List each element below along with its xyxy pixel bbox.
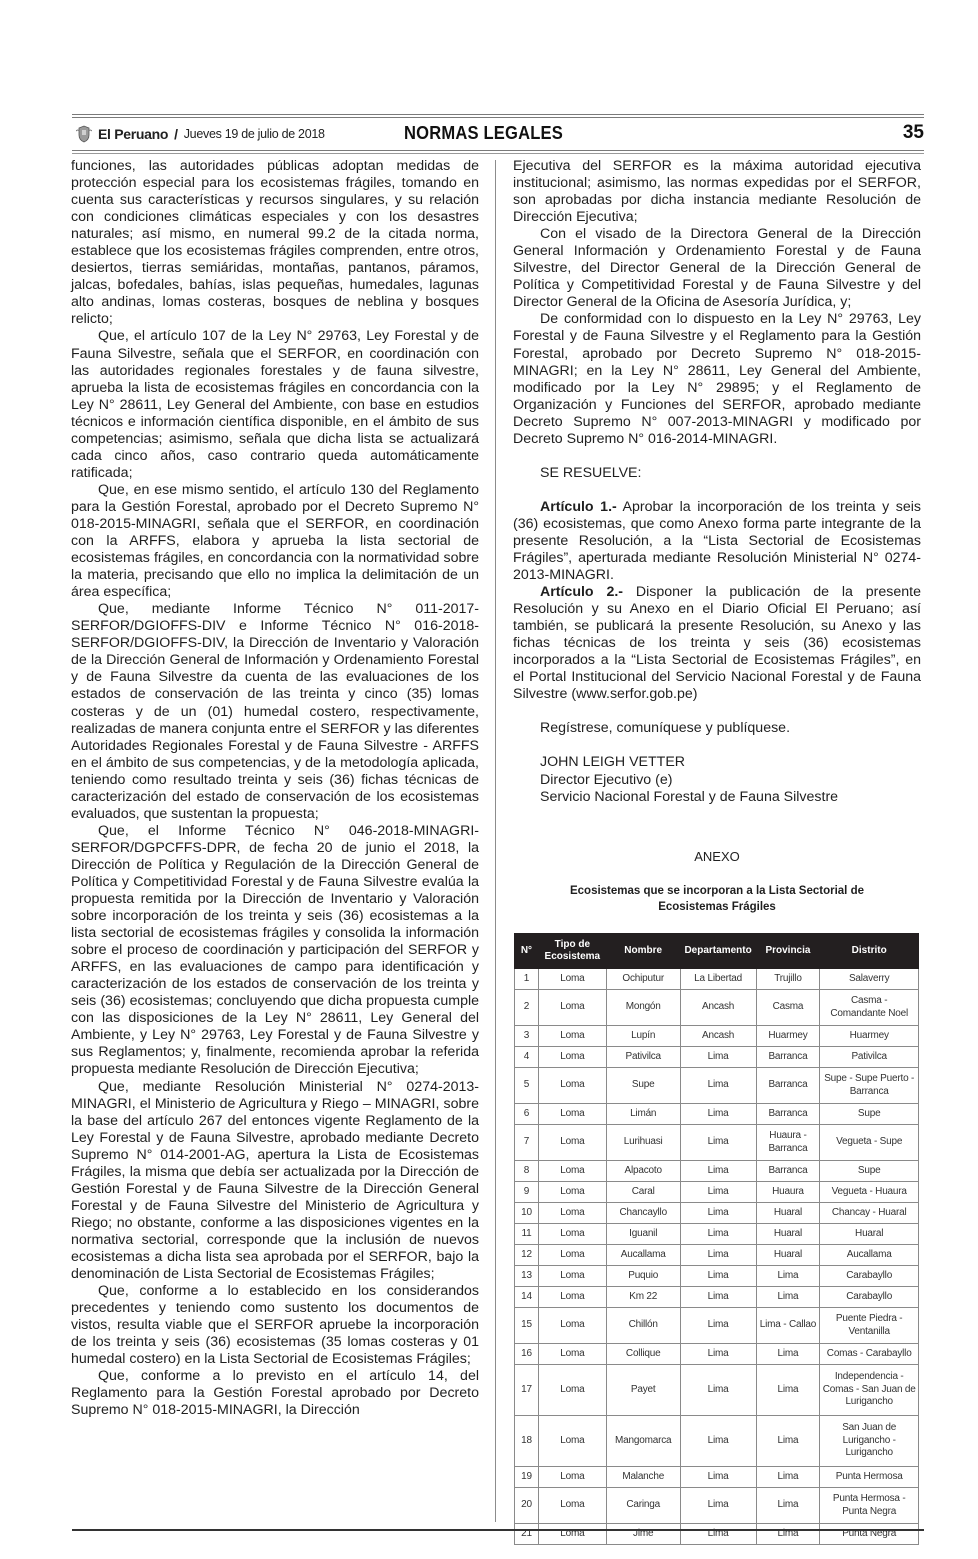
cell-number: 15 [515,1308,539,1344]
cell-district: Puente Piedra - Ventanilla [820,1308,919,1344]
cell-type: Loma [538,1467,606,1488]
column-header-province: Provincia [756,934,820,969]
paragraph: funciones, las autoridades públicas adop… [71,158,479,328]
cell-number: 1 [515,969,539,990]
cell-district: Comas - Carabayllo [820,1344,919,1365]
cell-district: Supe [820,1104,919,1125]
cell-number: 6 [515,1104,539,1125]
cell-department: Ancash [680,990,756,1026]
table-row: 8LomaAlpacotoLimaBarrancaSupe [515,1161,919,1182]
cell-number: 19 [515,1467,539,1488]
cell-district: Carabayllo [820,1287,919,1308]
cell-department: Lima [680,1161,756,1182]
signatory-title: Director Ejecutivo (e) [513,772,921,789]
cell-type: Loma [538,1026,606,1047]
cell-district: Vegueta - Huaura [820,1182,919,1203]
column-header-type: Tipo de Ecosistema [538,934,606,969]
cell-name: Ochiputur [606,969,680,990]
newspaper-brand: El Peruano [98,126,168,142]
cell-type: Loma [538,990,606,1026]
cell-number: 7 [515,1125,539,1161]
cell-department: Lima [680,1416,756,1467]
cell-department: La Libertad [680,969,756,990]
table-row: 5LomaSupeLimaBarrancaSupe - Supe Puerto … [515,1068,919,1104]
cell-district: Punta Hermosa [820,1467,919,1488]
cell-number: 17 [515,1365,539,1416]
cell-number: 16 [515,1344,539,1365]
paragraph: Ejecutiva del SERFOR es la máxima autori… [513,158,921,226]
cell-district: Casma - Comandante Noel [820,990,919,1026]
cell-district: Punta Negra [820,1524,919,1545]
table-row: 13LomaPuquioLimaLimaCarabayllo [515,1266,919,1287]
cell-type: Loma [538,1224,606,1245]
article-2: Artículo 2.- Disponer la publicación de … [513,584,921,703]
article-2-label: Artículo 2.- [540,584,623,600]
cell-number: 21 [515,1524,539,1545]
cell-province: Lima [756,1416,820,1467]
cell-province: Lima [756,1344,820,1365]
cell-district: Punta Hermosa - Punta Negra [820,1488,919,1524]
cell-province: Barranca [756,1068,820,1104]
coat-of-arms-icon [76,125,92,143]
ecosystems-table: N° Tipo de Ecosistema Nombre Departament… [514,933,919,1545]
cell-number: 5 [515,1068,539,1104]
cell-number: 2 [515,990,539,1026]
table-row: 10LomaChancaylloLimaHuaralChancay - Huar… [515,1203,919,1224]
cell-department: Lima [680,1104,756,1125]
table-row: 12LomaAucallamaLimaHuaralAucallama [515,1245,919,1266]
cell-number: 4 [515,1047,539,1068]
anexo-subtitle-line1: Ecosistemas que se incorporan a la Lista… [513,883,921,899]
paragraph: Que, conforme a lo previsto en el artícu… [71,1368,479,1419]
cell-province: Huaral [756,1224,820,1245]
cell-district: Huarmey [820,1026,919,1047]
column-header-district: Distrito [820,934,919,969]
cell-province: Lima [756,1266,820,1287]
table-row: 16LomaColliqueLimaLimaComas - Carabayllo [515,1344,919,1365]
cell-department: Lima [680,1203,756,1224]
cell-department: Lima [680,1224,756,1245]
cell-number: 11 [515,1224,539,1245]
cell-province: Barranca [756,1047,820,1068]
table-row: 6LomaLimánLimaBarrancaSupe [515,1104,919,1125]
column-header-name: Nombre [606,934,680,969]
cell-province: Lima [756,1365,820,1416]
table-row: 19LomaMalancheLimaLimaPunta Hermosa [515,1467,919,1488]
cell-district: San Juan de Lurigancho - Lurigancho [820,1416,919,1467]
cell-type: Loma [538,1416,606,1467]
cell-type: Loma [538,1161,606,1182]
masthead-top-rule [72,114,924,118]
page-bottom-rule [72,1529,924,1531]
paragraph: Que, mediante Informe Técnico N° 011-201… [71,601,479,823]
cell-department: Lima [680,1125,756,1161]
table-row: 20LomaCaringaLimaLimaPunta Hermosa - Pun… [515,1488,919,1524]
cell-district: Supe [820,1161,919,1182]
cell-number: 12 [515,1245,539,1266]
cell-department: Lima [680,1182,756,1203]
cell-type: Loma [538,1344,606,1365]
cell-province: Huarmey [756,1026,820,1047]
cell-district: Vegueta - Supe [820,1125,919,1161]
cell-name: Payet [606,1365,680,1416]
cell-type: Loma [538,1308,606,1344]
issue-date: Jueves 19 de julio de 2018 [184,127,325,141]
cell-number: 9 [515,1182,539,1203]
resolution-heading: SE RESUELVE: [513,465,921,482]
table-body: 1LomaOchiputurLa LibertadTrujilloSalaver… [515,969,919,1545]
left-column: funciones, las autoridades públicas adop… [71,158,479,1419]
cell-name: Aucallama [606,1245,680,1266]
cell-district: Supe - Supe Puerto - Barranca [820,1068,919,1104]
cell-name: Caral [606,1182,680,1203]
table-header-row: N° Tipo de Ecosistema Nombre Departament… [515,934,919,969]
cell-number: 20 [515,1488,539,1524]
anexo-subtitle-line2: Ecosistemas Frágiles [513,899,921,915]
table-row: 3LomaLupínAncashHuarmeyHuarmey [515,1026,919,1047]
cell-province: Casma [756,990,820,1026]
anexo-title: ANEXO [513,848,921,865]
table-row: 17LomaPayetLimaLimaIndependencia - Comas… [515,1365,919,1416]
table-row: 15LomaChillónLimaLima - CallaoPuente Pie… [515,1308,919,1344]
cell-province: Trujillo [756,969,820,990]
cell-department: Lima [680,1047,756,1068]
cell-district: Independencia - Comas - San Juan de Luri… [820,1365,919,1416]
cell-name: Iguanil [606,1224,680,1245]
cell-department: Lima [680,1266,756,1287]
cell-type: Loma [538,1203,606,1224]
cell-type: Loma [538,969,606,990]
cell-province: Huaura - Barranca [756,1125,820,1161]
cell-district: Chancay - Huaral [820,1203,919,1224]
cell-department: Lima [680,1524,756,1545]
masthead-brand-group: El Peruano / Jueves 19 de julio de 2018 [76,125,325,143]
table-row: 9LomaCaralLimaHuauraVegueta - Huaura [515,1182,919,1203]
cell-district: Salaverry [820,969,919,990]
table-row: 7LomaLurihuasiLimaHuaura - BarrancaVegue… [515,1125,919,1161]
section-title: NORMAS LEGALES [404,123,563,144]
cell-name: Chancayllo [606,1203,680,1224]
brand-separator: / [174,126,178,142]
cell-type: Loma [538,1104,606,1125]
page-number: 35 [903,122,924,144]
column-header-department: Departamento [680,934,756,969]
cell-province: Lima [756,1524,820,1545]
cell-number: 13 [515,1266,539,1287]
cell-department: Lima [680,1308,756,1344]
paragraph: De conformidad con lo dispuesto en la Le… [513,311,921,447]
cell-type: Loma [538,1068,606,1104]
paragraph: Que, el artículo 107 de la Ley N° 29763,… [71,328,479,481]
article-2-text: Disponer la publicación de la presente R… [513,584,921,702]
cell-type: Loma [538,1287,606,1308]
table-row: 18LomaMangomarcaLimaLimaSan Juan de Luri… [515,1416,919,1467]
cell-name: Mangomarca [606,1416,680,1467]
table-row: 11LomaIguanilLimaHuaralHuaral [515,1224,919,1245]
cell-district: Pativilca [820,1047,919,1068]
signatory-institution: Servicio Nacional Forestal y de Fauna Si… [513,789,921,806]
cell-province: Lima [756,1287,820,1308]
paragraph: Con el visado de la Directora General de… [513,226,921,311]
cell-type: Loma [538,1182,606,1203]
cell-number: 14 [515,1287,539,1308]
cell-number: 3 [515,1026,539,1047]
cell-department: Lima [680,1467,756,1488]
paragraph: Que, mediante Resolución Ministerial N° … [71,1079,479,1284]
cell-province: Huaral [756,1245,820,1266]
cell-number: 18 [515,1416,539,1467]
cell-name: Km 22 [606,1287,680,1308]
cell-province: Huaura [756,1182,820,1203]
cell-department: Lima [680,1344,756,1365]
cell-name: Jime [606,1524,680,1545]
cell-province: Barranca [756,1104,820,1125]
masthead-bottom-rule [72,150,924,154]
cell-type: Loma [538,1524,606,1545]
column-header-number: N° [515,934,539,969]
table-row: 4LomaPativilcaLimaBarrancaPativilca [515,1047,919,1068]
article-1-label: Artículo 1.- [540,499,617,515]
table-row: 1LomaOchiputurLa LibertadTrujilloSalaver… [515,969,919,990]
cell-province: Lima - Callao [756,1308,820,1344]
table-row: 21LomaJimeLimaLimaPunta Negra [515,1524,919,1545]
cell-name: Lurihuasi [606,1125,680,1161]
cell-province: Barranca [756,1161,820,1182]
cell-district: Aucallama [820,1245,919,1266]
cell-name: Limán [606,1104,680,1125]
paragraph: Que, el Informe Técnico N° 046-2018-MINA… [71,823,479,1079]
cell-type: Loma [538,1365,606,1416]
cell-department: Ancash [680,1026,756,1047]
right-column: Ejecutiva del SERFOR es la máxima autori… [513,158,921,915]
cell-number: 8 [515,1161,539,1182]
cell-province: Lima [756,1467,820,1488]
cell-department: Lima [680,1245,756,1266]
cell-type: Loma [538,1047,606,1068]
cell-name: Lupín [606,1026,680,1047]
cell-district: Huaral [820,1224,919,1245]
closing-formula: Regístrese, comuníquese y publíquese. [513,720,921,737]
cell-name: Caringa [606,1488,680,1524]
table-row: 14LomaKm 22LimaLimaCarabayllo [515,1287,919,1308]
cell-district: Carabayllo [820,1266,919,1287]
cell-name: Collique [606,1344,680,1365]
cell-province: Lima [756,1488,820,1524]
cell-name: Supe [606,1068,680,1104]
cell-department: Lima [680,1287,756,1308]
table-row: 2LomaMongónAncashCasmaCasma - Comandante… [515,990,919,1026]
paragraph: Que, conforme a lo establecido en los co… [71,1283,479,1368]
paragraph: Que, en ese mismo sentido, el artículo 1… [71,482,479,601]
cell-name: Mongón [606,990,680,1026]
cell-province: Huaral [756,1203,820,1224]
cell-name: Puquio [606,1266,680,1287]
cell-name: Malanche [606,1467,680,1488]
masthead: El Peruano / Jueves 19 de julio de 2018 … [72,121,924,147]
cell-type: Loma [538,1125,606,1161]
signatory-name: JOHN LEIGH VETTER [513,754,921,771]
cell-number: 10 [515,1203,539,1224]
cell-name: Alpacoto [606,1161,680,1182]
cell-department: Lima [680,1365,756,1416]
cell-department: Lima [680,1488,756,1524]
column-divider [495,160,496,1522]
cell-type: Loma [538,1245,606,1266]
cell-type: Loma [538,1488,606,1524]
article-1: Artículo 1.- Aprobar la incorporación de… [513,499,921,584]
cell-type: Loma [538,1266,606,1287]
cell-name: Pativilca [606,1047,680,1068]
cell-name: Chillón [606,1308,680,1344]
cell-department: Lima [680,1068,756,1104]
